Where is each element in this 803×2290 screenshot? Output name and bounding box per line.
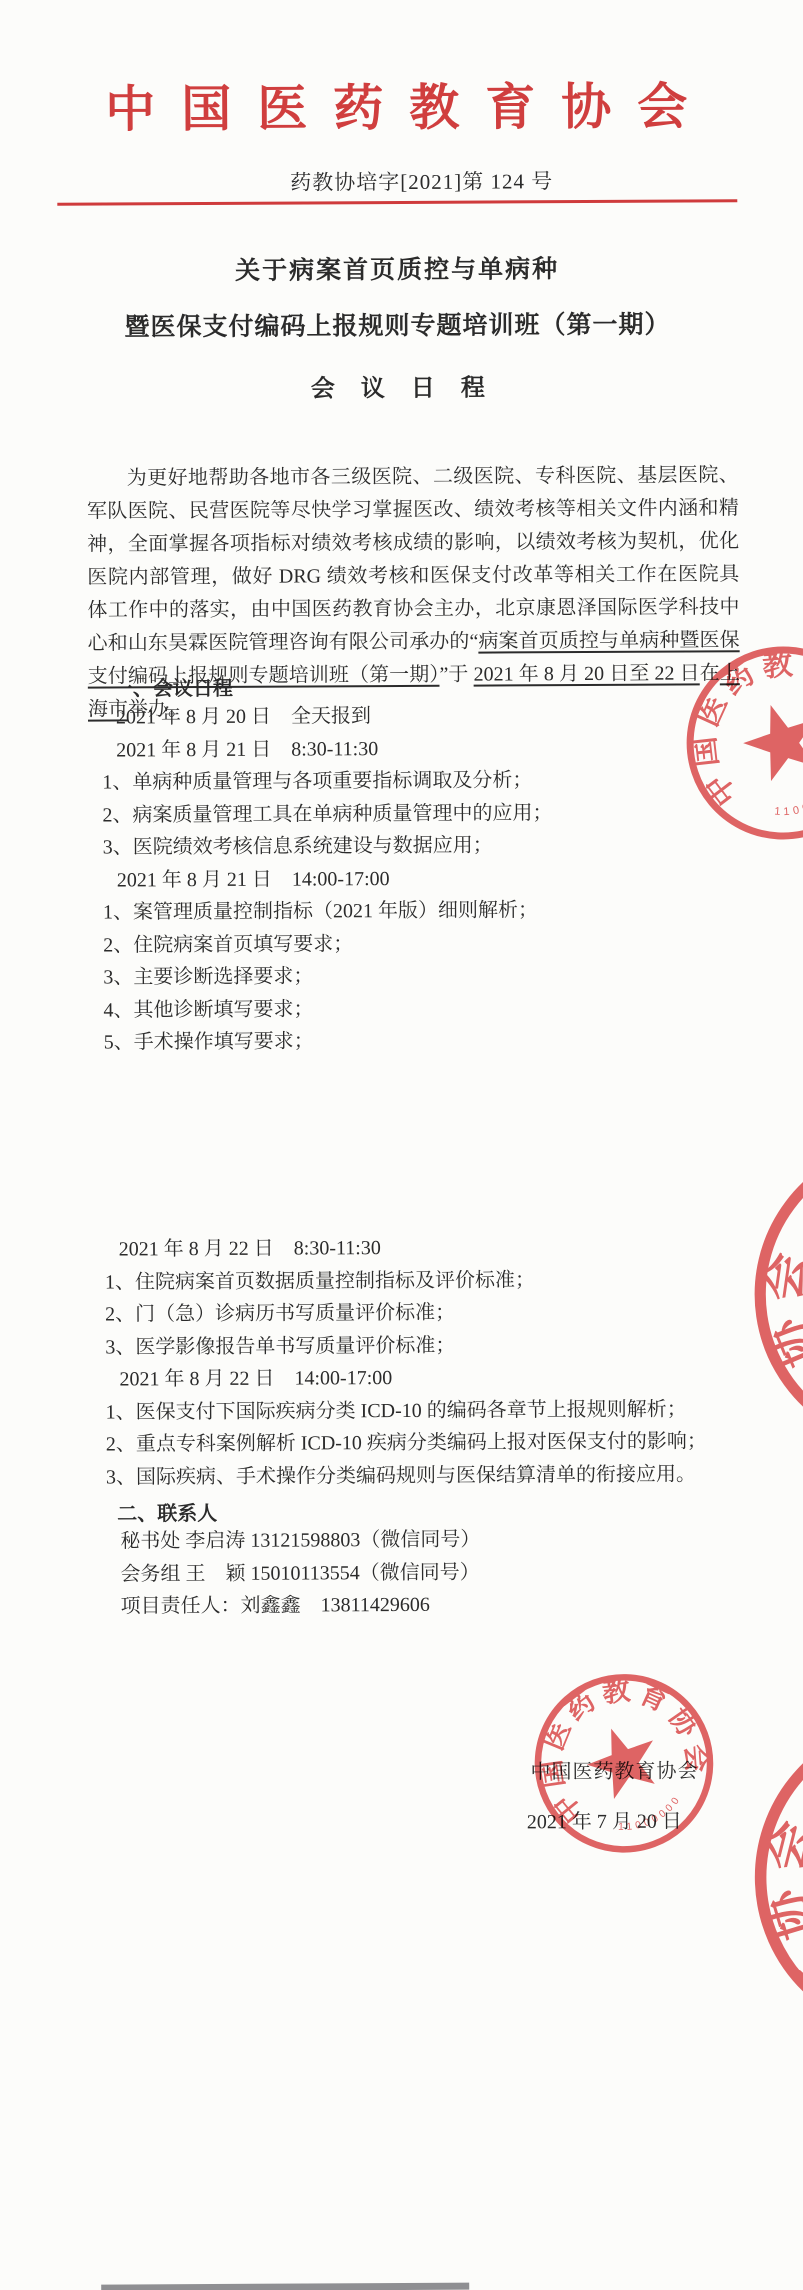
letterhead-divider <box>57 199 737 206</box>
contact-line: 会务组 王 颖 15010113554（微信同号） <box>2 1555 742 1591</box>
agenda-line: 1、医保支付下国际疾病分类 ICD-10 的编码各章节上报规则解析； <box>2 1393 742 1429</box>
seal-ring <box>755 1718 803 2037</box>
agenda-day1-block: 2021 年 8 月 20 日 全天报到 2021 年 8 月 21 日 8:3… <box>0 698 740 1059</box>
official-seal-partial-right-lower: 中国医药教育协会 <box>743 1706 803 2049</box>
agenda-line: 2、重点专科案例解析 ICD-10 疾病分类编码上报对医保支付的影响； <box>2 1425 742 1461</box>
red-star-icon <box>734 693 803 786</box>
scanned-notice-document: 中国医药教育协会 药教协培字[2021]第 124 号 关于病案首页质控与单病种… <box>0 0 803 2290</box>
notice-title-line-3: 会议日程 <box>0 366 799 405</box>
agenda-line: 1、住院病案首页数据质量控制指标及评价标准； <box>1 1263 741 1299</box>
notice-title-line-1: 关于病案首页质控与单病种 <box>0 248 799 288</box>
agenda-line: 2021 年 8 月 21 日 14:00-17:00 <box>0 861 739 897</box>
contacts-heading: 二、联系人 <box>117 1497 217 1527</box>
intro-segment: ”于 <box>439 664 473 686</box>
agenda-day2-block: 2021 年 8 月 22 日 8:30-11:30 1、住院病案首页数据质量控… <box>1 1230 742 1494</box>
agenda-line: 2021 年 8 月 22 日 8:30-11:30 <box>1 1230 741 1266</box>
contact-line: 项目责任人：刘鑫鑫 13811429606 <box>3 1587 743 1623</box>
agenda-line: 1、单病种质量管理与各项重要指标调取及分析； <box>0 763 738 799</box>
doc-number: 药教协培字[2021]第 124 号 <box>20 164 803 198</box>
agenda-line: 3、医学影像报告单书写质量评价标准； <box>1 1328 741 1364</box>
agenda-line: 1、案管理质量控制指标（2021 年版）细则解析； <box>0 893 739 929</box>
notice-title-line-2: 暨医保支付编码上报规则专题培训班（第一期） <box>0 304 799 344</box>
agenda-line: 3、医院绩效考核信息系统建设与数据应用； <box>0 828 739 864</box>
agenda-line: 2、门（急）诊病历书写质量评价标准； <box>1 1295 741 1331</box>
contacts-block: 秘书处 李启涛 13121598803（微信同号） 会务组 王 颖 150101… <box>2 1522 743 1623</box>
agenda-line: 2、病案质量管理工具在单病种质量管理中的应用； <box>0 796 739 832</box>
intro-segment: 为更好地帮助各地市各三级医院、二级医院、专科医院、基层医院、军队医院、民营医院等… <box>87 464 740 654</box>
agenda-line: 4、其他诊断填写要求； <box>0 991 740 1027</box>
page-title: 中国医药教育协会 <box>0 66 798 142</box>
contact-line: 秘书处 李启涛 13121598803（微信同号） <box>2 1522 742 1558</box>
agenda-line: 2021 年 8 月 20 日 全天报到 <box>0 698 738 734</box>
red-star-icon <box>578 1716 667 1803</box>
agenda-line: 2、住院病案首页填写要求； <box>0 926 739 962</box>
agenda-line: 2021 年 8 月 22 日 14:00-17:00 <box>1 1360 741 1396</box>
agenda-line: 2021 年 8 月 21 日 8:30-11:30 <box>0 731 738 767</box>
official-seal-signature: 中国医药教育协会 1100000080662 <box>505 1644 743 1882</box>
agenda-line: 5、手术操作填写要求； <box>0 1023 740 1059</box>
agenda-line: 3、国际疾病、手术操作分类编码规则与医保结算清单的衔接应用。 <box>2 1458 742 1494</box>
agenda-heading: 一、会议日程 <box>113 672 233 702</box>
scan-artifact-strip <box>101 2283 469 2290</box>
agenda-line: 3、主要诊断选择要求； <box>0 958 739 994</box>
